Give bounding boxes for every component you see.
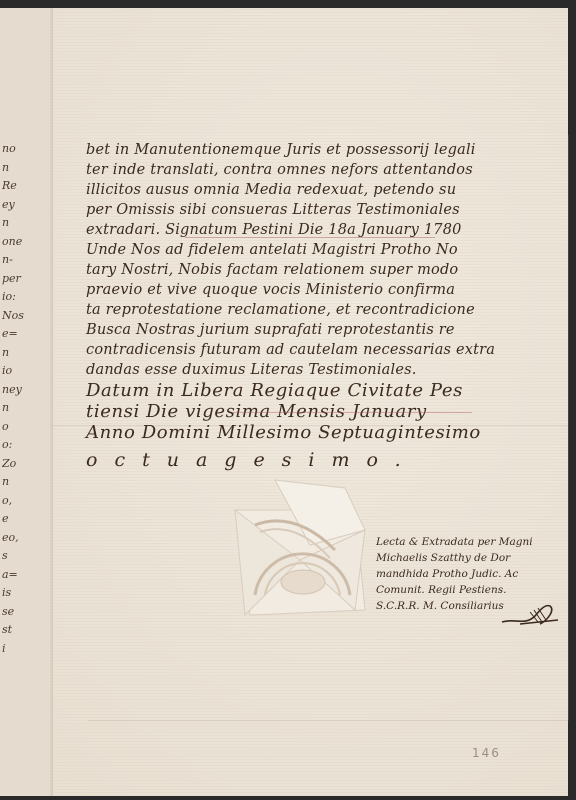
red-rule-line	[185, 237, 435, 238]
scanned-document: no n Re ey n one n- per io: Nos e= n io …	[0, 0, 576, 800]
margin-fragment: o,	[2, 492, 46, 511]
signature-line: Lecta & Extradata per Magni	[376, 534, 566, 550]
margin-fragment: no	[2, 140, 46, 159]
margin-fragment: se	[2, 603, 46, 622]
signature-line: Comunit. Regii Pestiens.	[376, 582, 566, 598]
paper-covered-seal	[225, 470, 375, 620]
vertical-fold-line	[50, 8, 52, 796]
margin-fragment: o	[2, 418, 46, 437]
margin-fragment: Nos	[2, 307, 46, 326]
body-line: praevio et vive quoque vocis Ministerio …	[86, 280, 556, 300]
body-line: per Omissis sibi consueras Litteras Test…	[86, 200, 556, 220]
margin-fragment: per	[2, 270, 46, 289]
dating-clause-line: Datum in Libera Regiaque Civitate Pes	[86, 380, 556, 401]
margin-fragment: i	[2, 640, 46, 659]
margin-fragment: a=	[2, 566, 46, 585]
margin-fragment: Re	[2, 177, 46, 196]
margin-fragment: io	[2, 362, 46, 381]
body-line: bet in Manutentionemque Juris et possess…	[86, 140, 556, 160]
margin-fragment: eo,	[2, 529, 46, 548]
margin-fragment: n	[2, 399, 46, 418]
body-line: ta reprotestatione reclamatione, et reco…	[86, 300, 556, 320]
margin-fragment: one	[2, 233, 46, 252]
margin-fragment: n	[2, 214, 46, 233]
margin-fragment: n-	[2, 251, 46, 270]
seal-icon	[225, 470, 375, 620]
margin-fragment: is	[2, 584, 46, 603]
margin-fragment: o:	[2, 436, 46, 455]
body-line: Busca Nostras jurium suprafati reprotest…	[86, 320, 556, 340]
archive-page-number: 146	[472, 746, 501, 760]
body-line: tary Nostri, Nobis factam relationem sup…	[86, 260, 556, 280]
margin-fragment: n	[2, 344, 46, 363]
margin-text-fragments: no n Re ey n one n- per io: Nos e= n io …	[2, 140, 46, 658]
margin-fragment: ney	[2, 381, 46, 400]
margin-fragment: st	[2, 621, 46, 640]
body-line: ter inde translati, contra omnes nefors …	[86, 160, 556, 180]
signature-line: mandhida Protho Judic. Ac	[376, 566, 566, 582]
margin-fragment: n	[2, 159, 46, 178]
body-line: illicitos ausus omnia Media redexuat, pe…	[86, 180, 556, 200]
margin-fragment: s	[2, 547, 46, 566]
margin-fragment: ey	[2, 196, 46, 215]
margin-fragment: io:	[2, 288, 46, 307]
body-line: contradicensis futuram ad cautelam neces…	[86, 340, 556, 360]
body-line: Unde Nos ad fidelem antelati Magistri Pr…	[86, 240, 556, 260]
red-rule-line	[232, 412, 472, 413]
body-line: dandas esse duximus Literas Testimoniale…	[86, 360, 556, 380]
signature-flourish-icon	[500, 598, 560, 630]
margin-fragment: e	[2, 510, 46, 529]
margin-fragment: n	[2, 473, 46, 492]
letter-body: bet in Manutentionemque Juris et possess…	[86, 140, 556, 475]
signature-line: Michaelis Szatthy de Dor	[376, 550, 566, 566]
margin-fragment: Zo	[2, 455, 46, 474]
dating-clause-line: Anno Domini Millesimo Septuagintesimo	[86, 422, 556, 443]
margin-fragment: e=	[2, 325, 46, 344]
